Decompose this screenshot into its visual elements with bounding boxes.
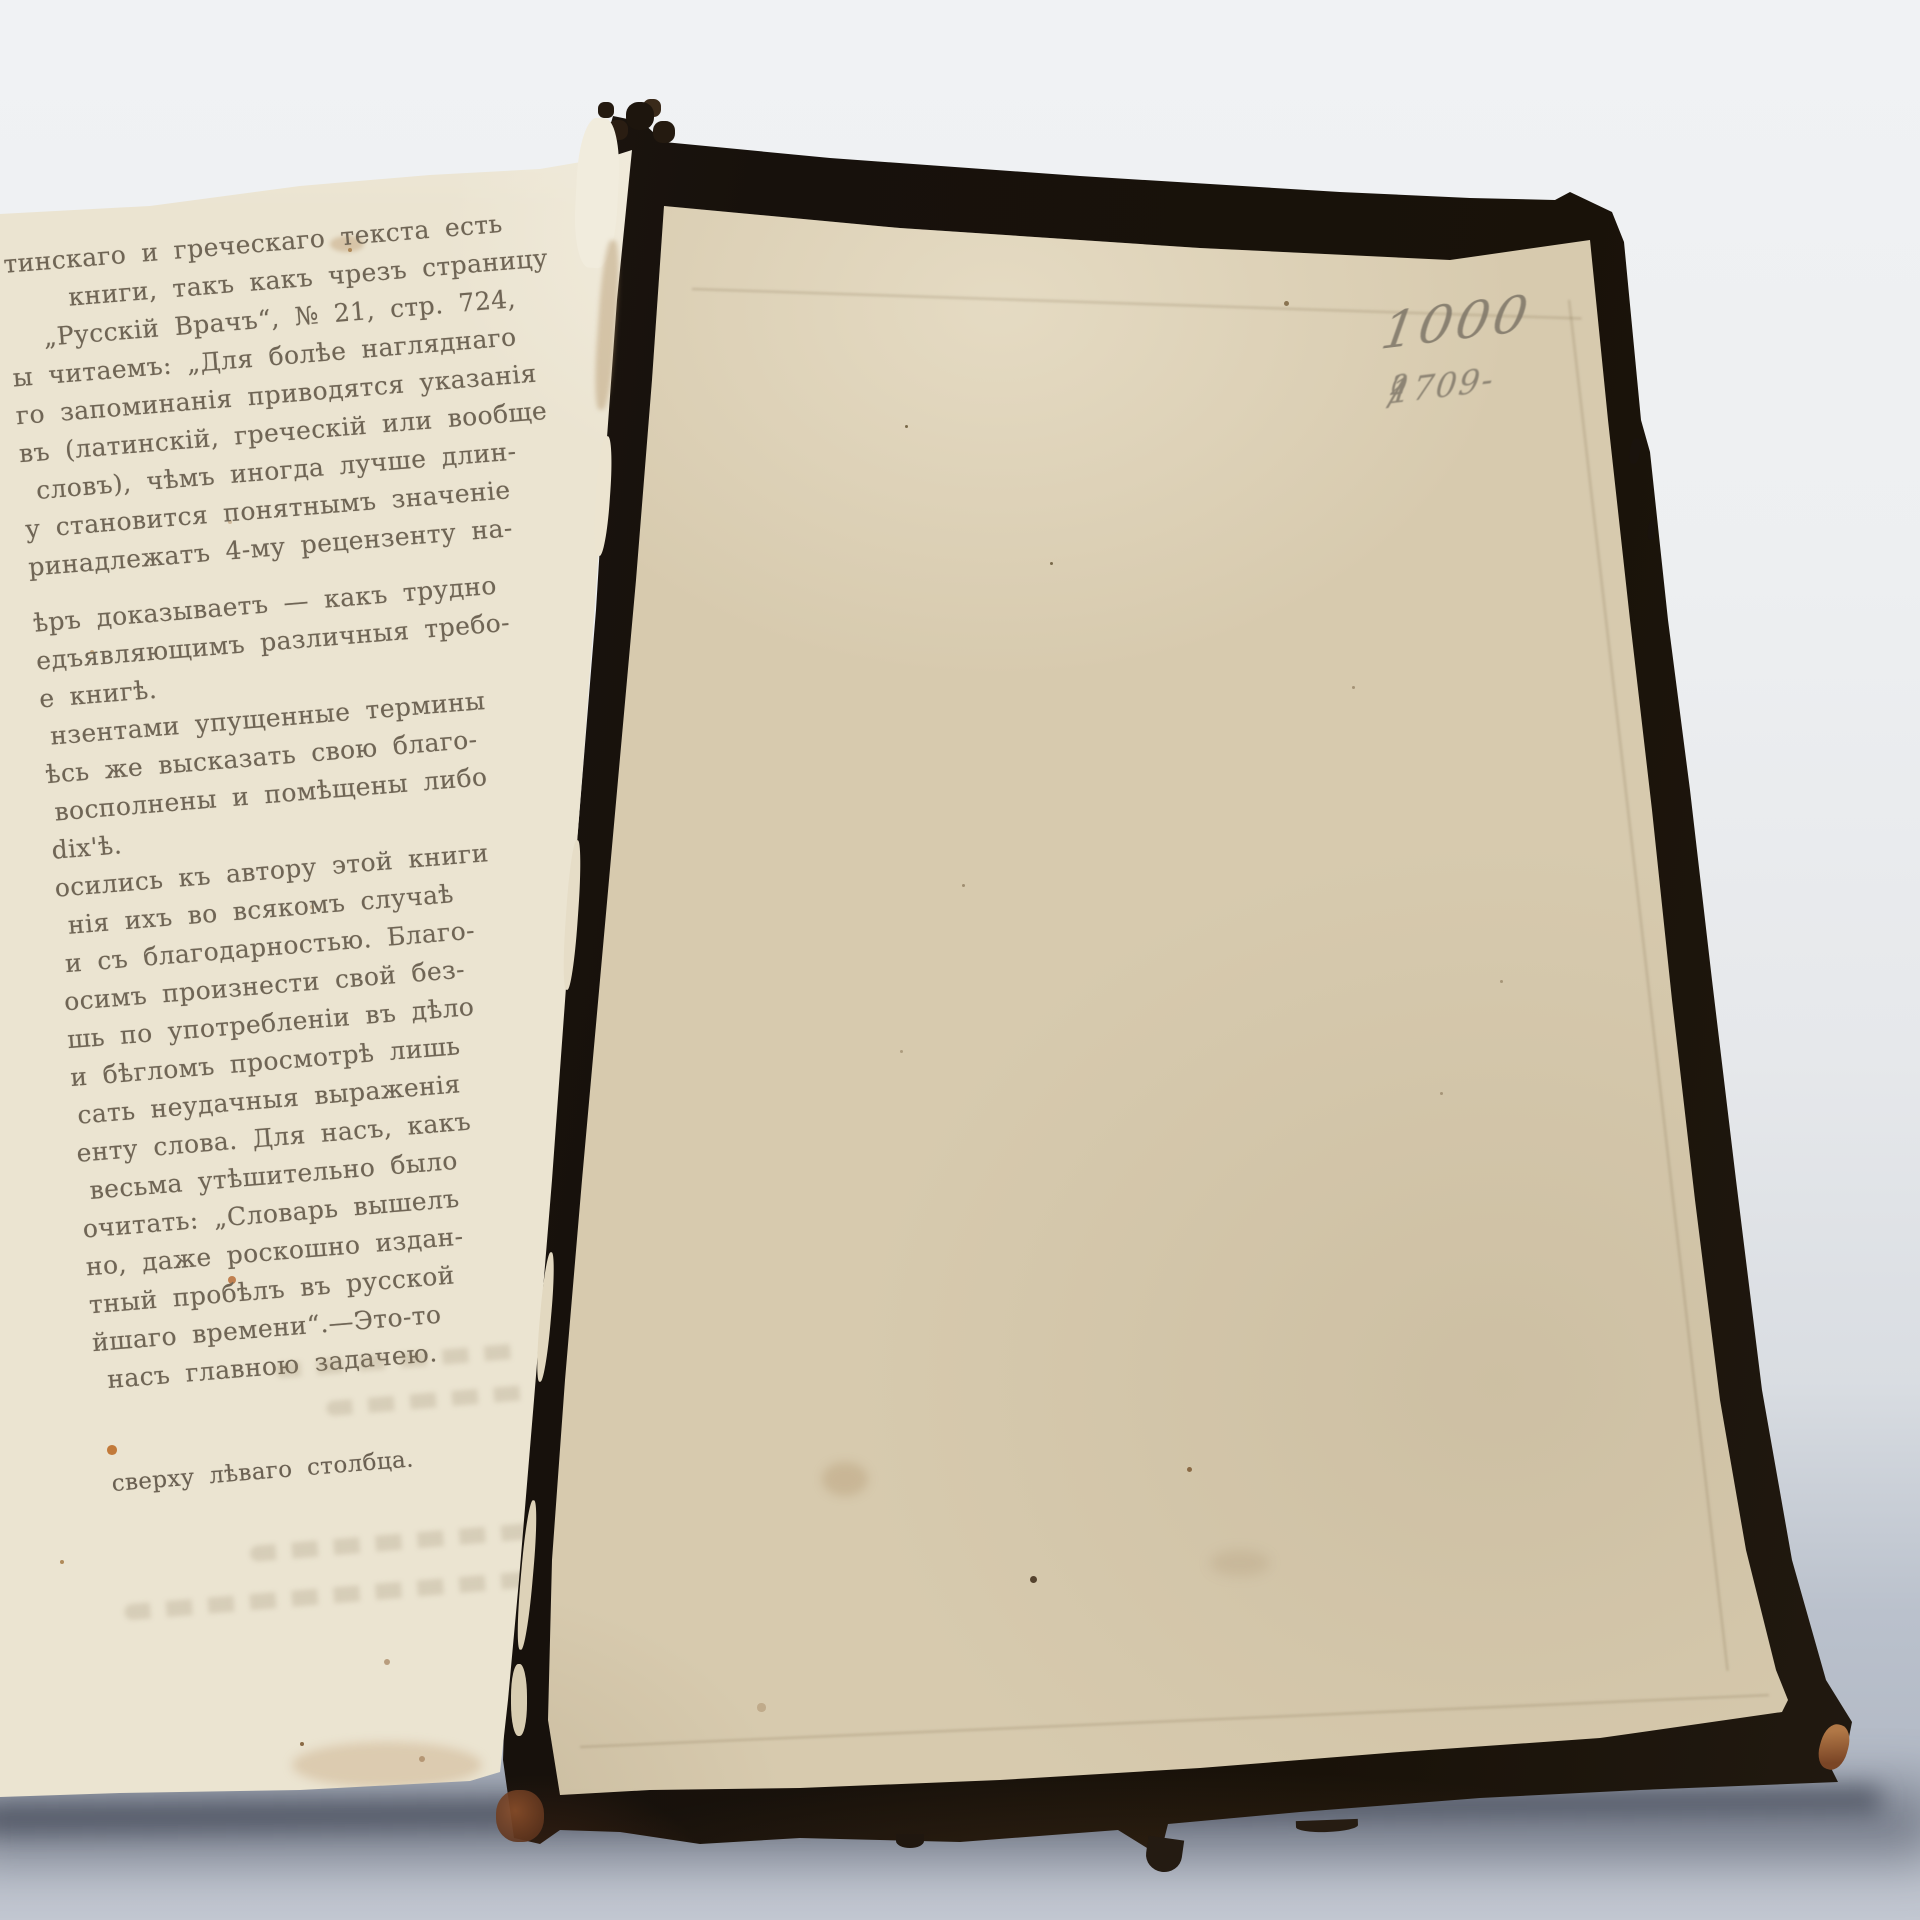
torn-page-sliver [511, 1664, 527, 1736]
pastedown-stain [1210, 1550, 1270, 1576]
cover-edge-fray [1144, 1836, 1184, 1875]
footnote-line: сверху лѣваго столбца. [110, 1440, 415, 1503]
handwriting-fraction-denominator: 2 [1389, 369, 1411, 402]
pastedown-foxing-specks [905, 425, 908, 428]
page-stain [292, 1742, 482, 1788]
pastedown-stain [822, 1462, 868, 1496]
cover-corner-wear-bottom-left [496, 1790, 544, 1842]
cover-edge-fray [896, 1834, 924, 1848]
ink-bleedthrough [124, 1570, 549, 1621]
printed-text-column: тинскаго и греческаго текста естькниги, … [2, 207, 605, 1761]
ink-bleedthrough [326, 1385, 532, 1417]
book-photo-scene: тинскаго и греческаго текста естькниги, … [0, 0, 1920, 1920]
cover-corner-wear-top-left [598, 102, 614, 118]
printed-lines: тинскаго и греческаго текста естькниги, … [2, 202, 638, 1401]
ink-bleedthrough [249, 1522, 544, 1562]
